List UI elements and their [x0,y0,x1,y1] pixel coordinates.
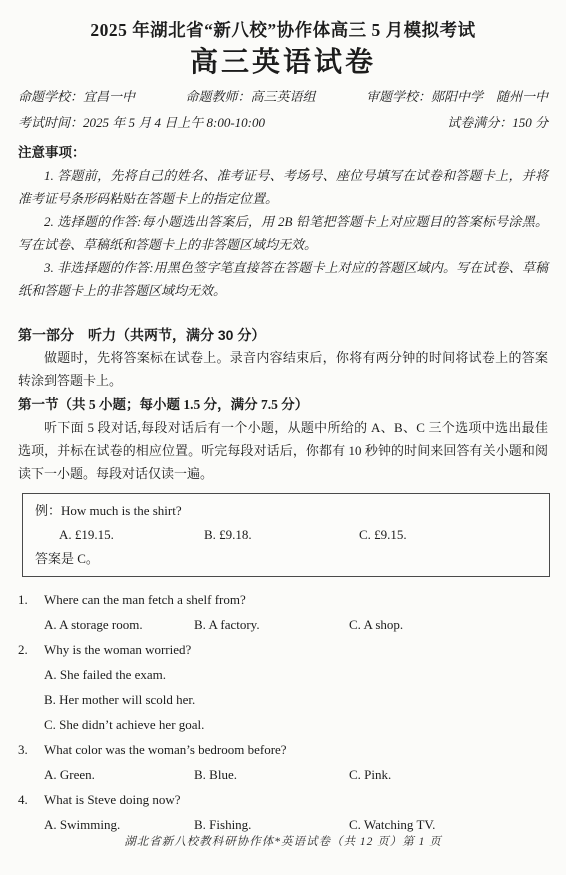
question-2-options: A. She failed the exam. B. Her mother wi… [44,662,548,737]
question-text: Why is the woman worried? [44,637,191,662]
example-question-line: 例： How much is the shirt? [35,499,537,523]
question-3: 3. What color was the woman’s bedroom be… [18,737,548,787]
option-a: A. Green. [44,762,194,787]
example-option-b: B. £9.18. [204,523,359,547]
option-c: C. Pink. [349,762,548,787]
question-text: What color was the woman’s bedroom befor… [44,737,287,762]
notice-item-2: 2. 选择题的作答:每小题选出答案后，用 2B 铅笔把答题卡上对应题目的答案标号… [18,210,548,256]
example-label: 例： [35,499,61,523]
exam-title: 2025 年湖北省“新八校”协作体高三 5 月模拟考试 [18,18,548,42]
question-number: 1. [18,587,44,612]
option-b: B. Blue. [194,762,349,787]
part1-intro: 做题时，先将答案标在试卷上。录音内容结束后，你将有两分钟的时间将试卷上的答案转涂… [18,346,548,392]
option-c: C. A shop. [349,612,548,637]
question-text: Where can the man fetch a shelf from? [44,587,246,612]
option-b: B. A factory. [194,612,349,637]
question-1: 1. Where can the man fetch a shelf from?… [18,587,548,637]
question-2-line: 2. Why is the woman worried? [18,637,548,662]
example-option-a: A. £19.15. [59,523,204,547]
notices-heading: 注意事项： [18,142,548,164]
example-options-row: A. £19.15. B. £9.18. C. £9.15. [59,523,537,547]
reviewer-school: 审题学校：郧阳中学 随州一中 [366,88,548,106]
part1-heading: 第一部分 听力（共两节，满分 30 分） [18,324,548,346]
question-1-options: A. A storage room. B. A factory. C. A sh… [44,612,548,637]
question-4-line: 4. What is Steve doing now? [18,787,548,812]
paper-meta-row: 命题学校：宜昌一中 命题教师：高三英语组 审题学校：郧阳中学 随州一中 [18,88,548,106]
question-3-line: 3. What color was the woman’s bedroom be… [18,737,548,762]
question-list: 1. Where can the man fetch a shelf from?… [18,587,548,837]
question-text: What is Steve doing now? [44,787,180,812]
option-a: A. She failed the exam. [44,662,548,687]
section1-intro: 听下面 5 段对话,每段对话后有一个小题，从题中所给的 A、B、C 三个选项中选… [18,416,548,485]
example-question-text: How much is the shirt? [61,499,182,523]
example-option-c: C. £9.15. [359,523,537,547]
question-1-line: 1. Where can the man fetch a shelf from? [18,587,548,612]
proposer-school: 命题学校：宜昌一中 [18,88,135,106]
notice-item-3: 3. 非选择题的作答:用黑色签字笔直接答在答题卡上对应的答题区域内。写在试卷、草… [18,256,548,302]
question-number: 4. [18,787,44,812]
exam-time-row: 考试时间：2025 年 5 月 4 日上午 8:00-10:00 试卷满分：15… [18,114,548,132]
question-number: 3. [18,737,44,762]
paper-title: 高三英语试卷 [18,46,548,80]
question-4: 4. What is Steve doing now? A. Swimming.… [18,787,548,837]
exam-time: 考试时间：2025 年 5 月 4 日上午 8:00-10:00 [18,114,265,132]
option-c: C. She didn’t achieve her goal. [44,712,548,737]
exam-paper-page: 2025 年湖北省“新八校”协作体高三 5 月模拟考试 高三英语试卷 命题学校：… [0,0,566,875]
proposer-teacher: 命题教师：高三英语组 [185,88,315,106]
full-score: 试卷满分：150 分 [447,114,548,132]
question-3-options: A. Green. B. Blue. C. Pink. [44,762,548,787]
notice-item-1: 1. 答题前，先将自己的姓名、准考证号、考场号、座位号填写在试卷和答题卡上，并将… [18,164,548,210]
question-number: 2. [18,637,44,662]
option-b: B. Her mother will scold her. [44,687,548,712]
option-a: A. A storage room. [44,612,194,637]
page-footer: 湖北省新八校教科研协作体*英语试卷（共 12 页）第 1 页 [0,833,566,849]
question-2: 2. Why is the woman worried? A. She fail… [18,637,548,737]
example-answer: 答案是 C。 [35,547,537,571]
section1-heading: 第一节（共 5 小题；每小题 1.5 分，满分 7.5 分） [18,394,548,416]
example-box: 例： How much is the shirt? A. £19.15. B. … [22,493,550,577]
